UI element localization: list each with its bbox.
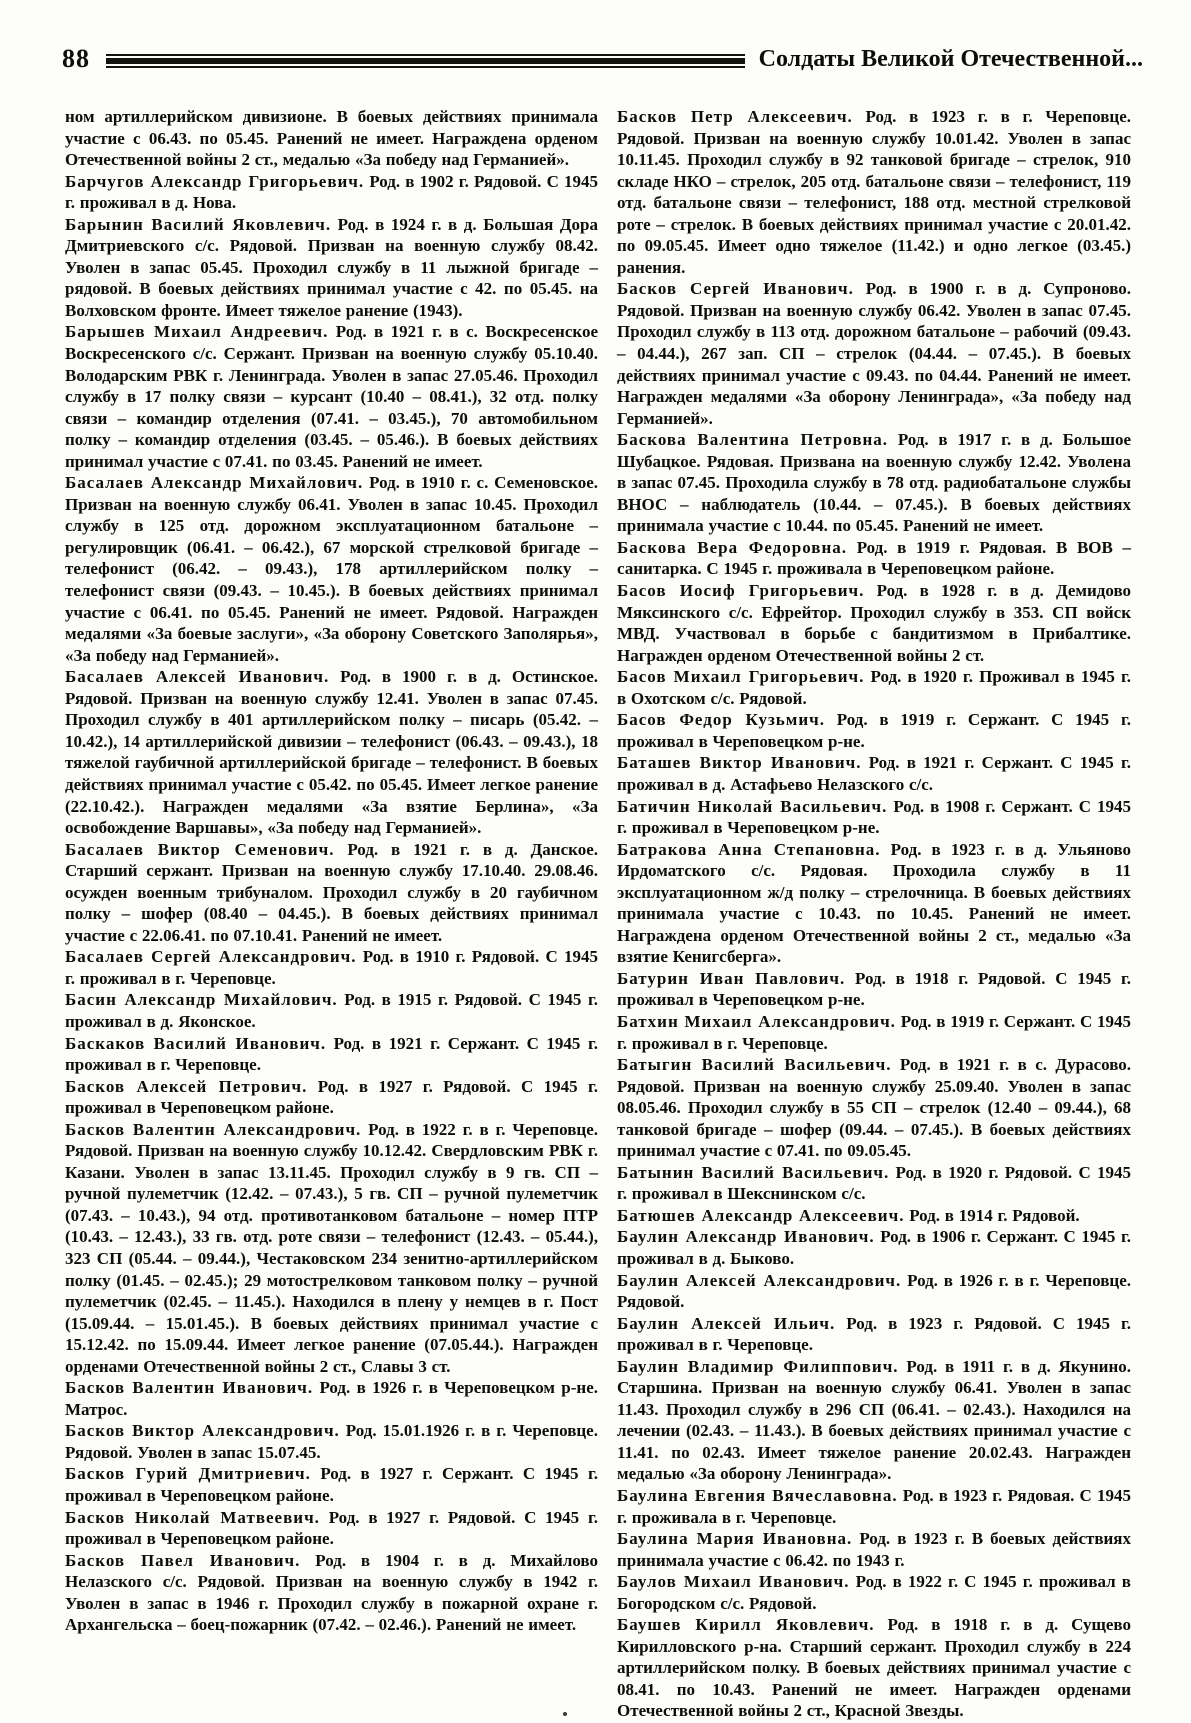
entry-name: Басков Николай Матвеевич. <box>65 1508 320 1527</box>
entry-name: Басов Михаил Григорьевич. <box>617 667 864 686</box>
entry: Басков Валентин Иванович. Род. в 1926 г.… <box>65 1377 598 1420</box>
entry-name: Баулина Евгения Вячеславовна. <box>617 1486 898 1505</box>
entry: Баулов Михаил Иванович. Род. в 1922 г. С… <box>617 1571 1131 1614</box>
entry: Баулин Александр Иванович. Род. в 1906 г… <box>617 1226 1131 1269</box>
page-title: Солдаты Великой Отечественной... <box>759 46 1143 73</box>
entry: Батыгин Василий Васильевич. Род. в 1921 … <box>617 1054 1131 1162</box>
entry: Басов Федор Кузьмич. Род. в 1919 г. Серж… <box>617 709 1131 752</box>
header-rule <box>106 52 745 69</box>
entry-name: Барынин Василий Яковлевич. <box>65 215 331 234</box>
entry: Басалаев Виктор Семенович. Род. в 1921 г… <box>65 839 598 947</box>
entry-name: Басков Алексей Петрович. <box>65 1077 307 1096</box>
entry-name: Баташев Виктор Иванович. <box>617 753 861 772</box>
entry: Батхин Михаил Александрович. Род. в 1919… <box>617 1011 1131 1054</box>
entry-name: Баскаков Василий Иванович. <box>65 1034 326 1053</box>
entry-name: Баскова Вера Федоровна. <box>617 538 847 557</box>
entry-name: Баулин Владимир Филиппович. <box>617 1357 899 1376</box>
entry: Барынин Василий Яковлевич. Род. в 1924 г… <box>65 214 598 322</box>
entry-text: Род. в 1923 г. в г. Череповце. Рядовой. … <box>617 107 1131 277</box>
entry: Басков Виктор Александрович. Род. 15.01.… <box>65 1420 598 1463</box>
entry-name: Батюшев Александр Алексеевич. <box>617 1206 904 1225</box>
entry: Барышев Михаил Андреевич. Род. в 1921 г.… <box>65 321 598 472</box>
entry: Батюшев Александр Алексеевич. Род. в 191… <box>617 1205 1131 1227</box>
left-column: ном артиллерийском дивизионе. В боевых д… <box>65 106 598 1722</box>
entry: Баулина Евгения Вячеславовна. Род. в 192… <box>617 1485 1131 1528</box>
entry: Басков Петр Алексеевич. Род. в 1923 г. в… <box>617 106 1131 278</box>
scan-speck <box>563 1712 567 1716</box>
entry-name: Батынин Василий Васильевич. <box>617 1163 889 1182</box>
book-page: 88 Солдаты Великой Отечественной... ном … <box>0 0 1191 1723</box>
entry: Басалаев Алексей Иванович. Род. в 1900 г… <box>65 666 598 838</box>
entry-name: Басалаев Алексей Иванович. <box>65 667 329 686</box>
entry: Басалаев Сергей Александрович. Род. в 19… <box>65 946 598 989</box>
entry: Басов Иосиф Григорьевич. Род. в 1928 г. … <box>617 580 1131 666</box>
entry-text: Род. в 1922 г. в г. Череповце. Рядовой. … <box>65 1120 598 1376</box>
entry-name: Баушев Кирилл Яковлевич. <box>617 1615 875 1634</box>
entry-name: Барышев Михаил Андреевич. <box>65 322 328 341</box>
entry: Батурин Иван Павлович. Род. в 1918 г. Ря… <box>617 968 1131 1011</box>
entry-name: Басов Иосиф Григорьевич. <box>617 581 864 600</box>
entry-name: Басалаев Александр Михайлович. <box>65 473 363 492</box>
entry-text: Род. в 1900 г. в д. Супроново. Рядовой. … <box>617 279 1131 427</box>
entry: Барчугов Александр Григорьевич. Род. в 1… <box>65 171 598 214</box>
entry-name: Батыгин Василий Васильевич. <box>617 1055 891 1074</box>
entry: Баушев Кирилл Яковлевич. Род. в 1918 г. … <box>617 1614 1131 1722</box>
entry-name: Басов Федор Кузьмич. <box>617 710 825 729</box>
entry: Басков Павел Иванович. Род. в 1904 г. в … <box>65 1550 598 1636</box>
entry: ном артиллерийском дивизионе. В боевых д… <box>65 106 598 171</box>
entry-name: Басалаев Виктор Семенович. <box>65 840 334 859</box>
entry-name: Баулин Алексей Александрович. <box>617 1271 901 1290</box>
entry: Баскаков Василий Иванович. Род. в 1921 г… <box>65 1033 598 1076</box>
entry-name: Басин Александр Михайлович. <box>65 990 338 1009</box>
entry: Баташев Виктор Иванович. Род. в 1921 г. … <box>617 752 1131 795</box>
entry: Басков Сергей Иванович. Род. в 1900 г. в… <box>617 278 1131 429</box>
entry-name: Барчугов Александр Григорьевич. <box>65 172 364 191</box>
entry-text: Род. в 1914 г. Рядовой. <box>909 1206 1079 1225</box>
entry: Басин Александр Михайлович. Род. в 1915 … <box>65 989 598 1032</box>
entry-text: ном артиллерийском дивизионе. В боевых д… <box>65 107 598 169</box>
right-column: Басков Петр Алексеевич. Род. в 1923 г. в… <box>617 106 1131 1722</box>
entry-name: Басков Петр Алексеевич. <box>617 107 853 126</box>
text-columns: ном артиллерийском дивизионе. В боевых д… <box>65 106 1131 1722</box>
entry-name: Басков Гурий Дмитриевич. <box>65 1464 311 1483</box>
entry: Батичин Николай Васильевич. Род. в 1908 … <box>617 796 1131 839</box>
entry: Баулин Алексей Александрович. Род. в 192… <box>617 1270 1131 1313</box>
entry: Басков Николай Матвеевич. Род. в 1927 г.… <box>65 1507 598 1550</box>
entry-name: Басалаев Сергей Александрович. <box>65 947 356 966</box>
entry-name: Батхин Михаил Александрович. <box>617 1012 896 1031</box>
entry-name: Баулов Михаил Иванович. <box>617 1572 850 1591</box>
entry-name: Баулина Мария Ивановна. <box>617 1529 852 1548</box>
entry: Баскова Вера Федоровна. Род. в 1919 г. Р… <box>617 537 1131 580</box>
entry-name: Баулин Алексей Ильич. <box>617 1314 835 1333</box>
entry-name: Баулин Александр Иванович. <box>617 1227 875 1246</box>
page-number: 88 <box>62 44 90 74</box>
entry: Басков Гурий Дмитриевич. Род. в 1927 г. … <box>65 1463 598 1506</box>
entry: Баулин Алексей Ильич. Род. в 1923 г. Ряд… <box>617 1313 1131 1356</box>
entry-text: Род. в 1921 г. в с. Воскресенское Воскре… <box>65 322 598 470</box>
entry: Батынин Василий Васильевич. Род. в 1920 … <box>617 1162 1131 1205</box>
entry: Басков Валентин Александрович. Род. в 19… <box>65 1119 598 1378</box>
running-head: 88 Солдаты Великой Отечественной... <box>62 44 1143 74</box>
entry-name: Басков Виктор Александрович. <box>65 1421 340 1440</box>
entry: Басков Алексей Петрович. Род. в 1927 г. … <box>65 1076 598 1119</box>
entry-name: Басков Валентин Александрович. <box>65 1120 361 1139</box>
entry: Баскова Валентина Петровна. Род. в 1917 … <box>617 429 1131 537</box>
entry: Басалаев Александр Михайлович. Род. в 19… <box>65 472 598 666</box>
entry: Баулина Мария Ивановна. Род. в 1923 г. В… <box>617 1528 1131 1571</box>
entry-name: Басков Павел Иванович. <box>65 1551 300 1570</box>
entry-text: Род. в 1900 г. в д. Остинское. Рядовой. … <box>65 667 598 837</box>
entry-name: Баскова Валентина Петровна. <box>617 430 888 449</box>
entry: Баулин Владимир Филиппович. Род. в 1911 … <box>617 1356 1131 1485</box>
entry: Басов Михаил Григорьевич. Род. в 1920 г.… <box>617 666 1131 709</box>
entry-name: Батракова Анна Степановна. <box>617 840 881 859</box>
entry-name: Басков Сергей Иванович. <box>617 279 854 298</box>
entry-text: Род. в 1910 г. с. Семеновское. Призван н… <box>65 473 598 664</box>
entry-name: Батичин Николай Васильевич. <box>617 797 887 816</box>
entry-name: Батурин Иван Павлович. <box>617 969 845 988</box>
entry-name: Басков Валентин Иванович. <box>65 1378 313 1397</box>
entry: Батракова Анна Степановна. Род. в 1923 г… <box>617 839 1131 968</box>
